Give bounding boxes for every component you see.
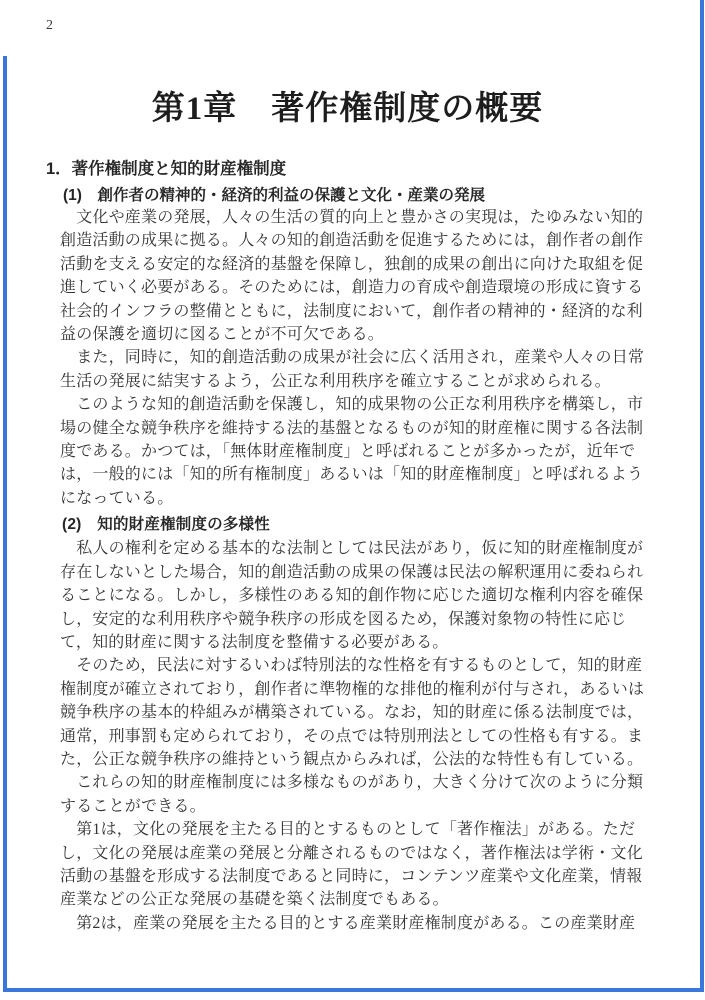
text-line: になっている。 [60,487,660,510]
text-line: 度である。かつては，「無体財産権制度」と呼ばれることが多かったが，近年で [60,440,660,463]
paragraph: そのため，民法に対するいわば特別法的な性格を有するものとして，知的財産権制度が確… [60,654,660,771]
text-line: た，公正な競争秩序の維持という観点からみれば，公法的な特性も有している。 [60,748,660,771]
paragraph: 第2は，産業の発展を主たる目的とする産業財産権制度がある。この産業財産 [60,912,660,935]
text-line: 通常，刑事罰も定められており，その点では特別刑法としての性格も有する。ま [60,725,660,748]
paragraph: 文化や産業の発展，人々の生活の質的向上と豊かさの実現は，たゆみない知的創造活動の… [60,206,660,346]
text-line: し，安定的な利用秩序や競争秩序の形成を図るため，保護対象物の特性に応じ [60,608,660,631]
text-line: 第1は，文化の発展を主たる目的とするものとして「著作権法」がある。ただ [60,818,660,841]
text-line: 権制度が確立されており，創作者に準物権的な排他的権利が付与され，あるいは [60,678,660,701]
paragraph: これらの知的財産権制度には多様なものがあり，大きく分けて次のように分類することが… [60,771,660,818]
text-line: 創造活動の成果に拠る。人々の知的創造活動を促進するためには，創作者の創作 [60,229,660,252]
page-edge-bottom [3,988,704,992]
text-line: また，同時に，知的創造活動の成果が社会に広く活用され，産業や人々の日常 [60,346,660,369]
subsection-2-heading: (2) 知的財産権制度の多様性 [62,513,660,536]
body-text: 文化や産業の発展，人々の生活の質的向上と豊かさの実現は，たゆみない知的創造活動の… [60,206,660,935]
text-line: 活動の基盤を形成する法制度であると同時に，コンテンツ産業や文化産業，情報 [60,865,660,888]
section-heading: 1．著作権制度と知的財産権制度 [46,155,286,179]
text-line: 存在しないとした場合，知的創造活動の成果の保護は民法の解釈運用に委ねられ [60,561,660,584]
text-line: は，一般的には「知的所有権制度」あるいは「知的財産権制度」と呼ばれるよう [60,463,660,486]
paragraph: 第1は，文化の発展を主たる目的とするものとして「著作権法」がある。ただし，文化の… [60,818,660,912]
text-line: ることになる。しかし，多様性のある知的創作物に応じた適切な権利内容を確保 [60,584,660,607]
text-line: することができる。 [60,795,660,818]
text-line: 競争秩序の基本的枠組みが構築されている。なお，知的財産に係る法制度では， [60,701,660,724]
text-line: 活動を支える安定的な経済的基盤を保障し，独創的成果の創出に向けた取組を促 [60,253,660,276]
text-line: 私人の権利を定める基本的な法制としては民法があり，仮に知的財産権制度が [60,537,660,560]
text-line: 第2は，産業の発展を主たる目的とする産業財産権制度がある。この産業財産 [60,912,660,935]
text-line: これらの知的財産権制度には多様なものがあり，大きく分けて次のように分類 [60,771,660,794]
text-line: 産業などの公正な発展の基礎を築く法制度でもある。 [60,888,660,911]
text-line: 社会的インフラの整備とともに，法制度において，創作者の精神的・経済的な利 [60,300,660,323]
page-number: 2 [46,18,53,34]
text-line: 場の健全な競争秩序を維持する法的基盤となるものが知的財産権に関する各法制 [60,417,660,440]
paragraph: このような知的創造活動を保護し，知的成果物の公正な利用秩序を構築し，市場の健全な… [60,393,660,510]
text-line: 益の保護を適切に図ることが不可欠である。 [60,323,660,346]
text-line: 生活の発展に結実するよう，公正な利用秩序を確立することが求められる。 [60,370,660,393]
paragraph: また，同時に，知的創造活動の成果が社会に広く活用され，産業や人々の日常生活の発展… [60,346,660,393]
book-page: 2 第1章 著作権制度の概要 1．著作権制度と知的財産権制度 (1) 創作者の精… [0,0,705,1000]
page-edge-right [700,0,704,992]
paragraph: 私人の権利を定める基本的な法制としては民法があり，仮に知的財産権制度が存在しない… [60,537,660,654]
text-line: 文化や産業の発展，人々の生活の質的向上と豊かさの実現は，たゆみない知的 [60,206,660,229]
text-line: 進していく必要がある。そのためには，創造力の育成や創造環境の形成に資する [60,276,660,299]
subsection-1-heading: (1) 創作者の精神的・経済的利益の保護と文化・産業の発展 [63,183,485,205]
page-edge-left [3,56,7,992]
text-line: し，文化の発展は産業の発展と分離されるものではなく，著作権法は学術・文化 [60,842,660,865]
text-line: そのため，民法に対するいわば特別法的な性格を有するものとして，知的財産 [60,654,660,677]
chapter-title: 第1章 著作権制度の概要 [0,82,695,129]
text-line: このような知的創造活動を保護し，知的成果物の公正な利用秩序を構築し，市 [60,393,660,416]
text-line: て，知的財産に関する法制度を整備する必要がある。 [60,631,660,654]
